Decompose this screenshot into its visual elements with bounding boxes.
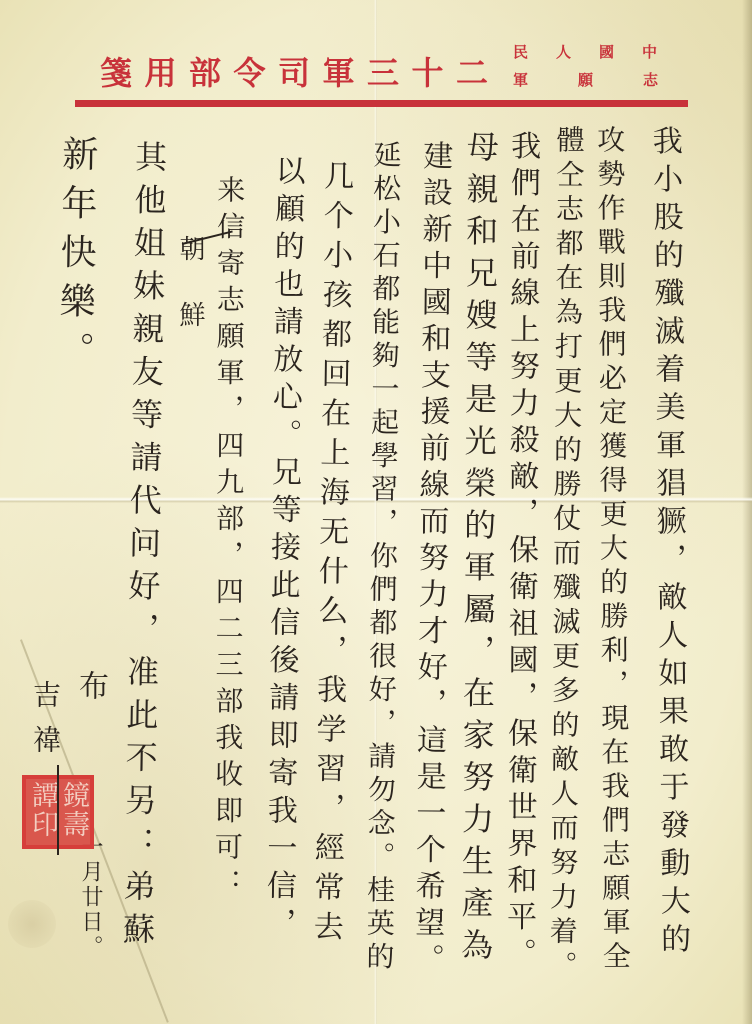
signature-stroke-through-seal (57, 765, 59, 855)
letter-column-11: 其他姐妹親友等請代问好，准此不另：弟蘇 (121, 140, 166, 956)
insertion-note: 朝鮮 (177, 235, 203, 367)
new-year-greeting: 新年快樂。 (55, 135, 95, 381)
letter-date: 一月廿日。 (79, 835, 101, 960)
letter-column-10: 来信寄志願軍，四九部，四二三部我收即可： (213, 175, 244, 905)
letter-column-2: 攻勢作戰則我們必定獲得更大的勝利，現在我們志願軍全 (595, 125, 629, 975)
letterhead-red-rule (75, 100, 688, 107)
letterhead-title: 二十三軍司令部用箋 (100, 55, 510, 91)
letter-column-9: 以顧的也請放心。兄等接此信後請即寄我一信， (262, 155, 302, 945)
paper-stain (8, 900, 56, 948)
letter-column-4: 我們在前線上努力殺敵，保衛祖國，保衛世界和平。 (503, 130, 537, 974)
letterhead-org-line-2: 志願軍 (513, 71, 713, 89)
letter-column-6: 建設新中國和支援前線而努力才好，這是一个希望。 (411, 140, 450, 980)
letter-column-5: 母親和兄嫂等是光榮的軍屬，在家努力生產為 (459, 130, 497, 970)
letter-column-8: 几个小孩都回在上海无什么，我学習，經常去 (309, 160, 350, 950)
letter-column-1: 我小股的殲滅着美軍猖獗，敵人如果敢于發動大的 (649, 125, 688, 961)
paper-edge-shadow (742, 0, 752, 1024)
signature-name: 吉禕 (31, 680, 59, 770)
letterhead-org-line-1: 中國人民 (513, 43, 713, 61)
letter-column-3: 體仝志都在為打更大的勝仗而殲滅更多的敵人而努力着。 (547, 125, 583, 985)
closing-mark: 布 (75, 670, 105, 700)
letter-column-7: 延松小石都能夠一起學習，你們都很好，請勿念。桂英的 (364, 140, 399, 975)
